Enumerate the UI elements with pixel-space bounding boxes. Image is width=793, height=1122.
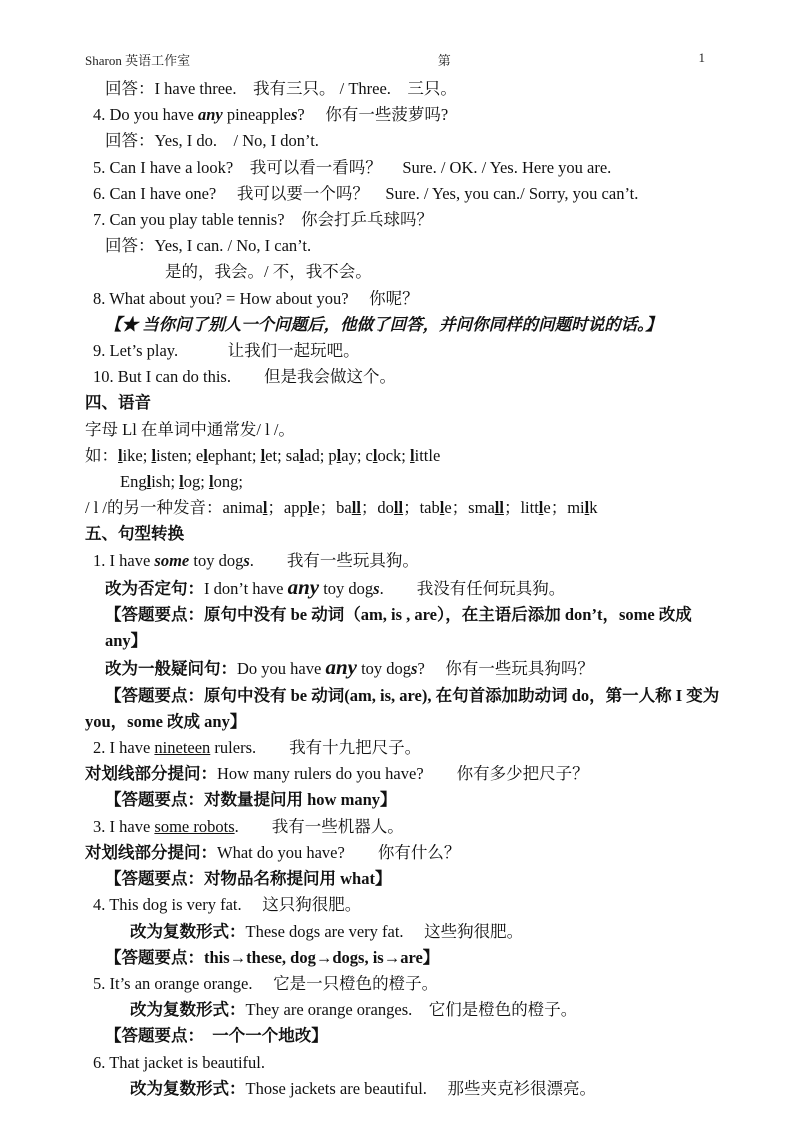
text-segment: ittle bbox=[415, 446, 441, 465]
document-line: 【答题要点：原句中没有 be 动词(am, is, are), 在句首添加助动词… bbox=[85, 683, 723, 709]
text-segment: 改为一般疑问句： bbox=[105, 659, 237, 678]
text-segment: ll bbox=[352, 498, 361, 517]
text-segment: ock; bbox=[377, 446, 410, 465]
text-segment: 改为否定句： bbox=[105, 579, 204, 598]
text-segment: some bbox=[154, 551, 189, 570]
text-segment: toy dog bbox=[189, 551, 243, 570]
text-segment: . 我有一些玩具狗。 bbox=[250, 551, 419, 570]
text-segment: They are orange oranges. 它们是橙色的橙子。 bbox=[246, 1000, 578, 1019]
text-segment: nineteen bbox=[154, 738, 210, 757]
text-segment: ay; c bbox=[341, 446, 373, 465]
text-segment: ；tab bbox=[403, 498, 440, 517]
text-segment: k bbox=[589, 498, 597, 517]
document-line: 【答题要点：原句中没有 be 动词（am, is , are），在主语后添加 d… bbox=[85, 602, 723, 654]
text-segment: 【★ 当你问了别人一个问题后，他做了回答，并问你同样的问题时说的话。】 bbox=[105, 315, 662, 334]
text-segment: 回答：I have three. 我有三只。 / Three. 三只。 bbox=[105, 79, 457, 98]
text-segment: These dogs are very fat. 这些狗很肥。 bbox=[246, 922, 524, 941]
text-segment: Eng bbox=[120, 472, 147, 491]
document-line: 2. I have nineteen rulers. 我有十九把尺子。 bbox=[85, 735, 723, 761]
text-segment: toy dog bbox=[319, 579, 373, 598]
document-line: 10. But I can do this. 但是我会做这个。 bbox=[85, 364, 723, 390]
document-line: 【答题要点：this→these, dog→dogs, is→are】 bbox=[85, 945, 723, 971]
text-segment: 【答题要点：对数量提问用 how many】 bbox=[105, 790, 397, 809]
text-segment: . 我有一些机器人。 bbox=[235, 817, 404, 836]
header-page-word: 第 bbox=[438, 50, 451, 69]
header-page-number: 1 bbox=[698, 50, 705, 69]
text-segment: e；ba bbox=[312, 498, 351, 517]
document-line: 4. This dog is very fat. 这只狗很肥。 bbox=[85, 892, 723, 918]
text-segment: 8. What about you? = How about you? 你呢？ bbox=[93, 289, 419, 308]
page-header: Sharon 英语工作室 第 1 bbox=[85, 50, 705, 69]
text-segment: 【答题要点：原句中没有 be 动词（am, is , are），在主语后添加 d… bbox=[105, 605, 696, 650]
text-segment: 2. I have bbox=[93, 738, 154, 757]
document-line: 回答：Yes, I can. / No, I can’t. bbox=[85, 233, 723, 259]
text-segment: 6. Can I have one? 我可以要一个吗？ Sure. / Yes,… bbox=[93, 184, 638, 203]
text-segment: ong; bbox=[214, 472, 243, 491]
text-segment: 5. Can I have a look? 我可以看一看吗？ Sure. / O… bbox=[93, 158, 611, 177]
document-line: 【★ 当你问了别人一个问题后，他做了回答，并问你同样的问题时说的话。】 bbox=[85, 312, 723, 338]
document-line: 改为否定句：I don’t have any toy dogs. 我没有任何玩具… bbox=[85, 574, 723, 602]
document-line: 改为一般疑问句：Do you have any toy dogs? 你有一些玩具… bbox=[85, 654, 723, 682]
text-segment: ephant; bbox=[208, 446, 261, 465]
document-line: you，some 改成 any】 bbox=[85, 709, 723, 735]
text-segment: ike; bbox=[123, 446, 152, 465]
text-segment: 7. Can you play table tennis? 你会打乒乓球吗？ bbox=[93, 210, 433, 229]
text-segment: some robots bbox=[154, 817, 234, 836]
text-segment: ；app bbox=[267, 498, 307, 517]
text-segment: ish; bbox=[151, 472, 179, 491]
document-line: 9. Let’s play. 让我们一起玩吧。 bbox=[85, 338, 723, 364]
text-segment: any bbox=[288, 575, 320, 599]
document-line: 改为复数形式：These dogs are very fat. 这些狗很肥。 bbox=[85, 919, 723, 945]
document-line: 对划线部分提问：What do you have? 你有什么？ bbox=[85, 840, 723, 866]
text-segment: 9. Let’s play. 让我们一起玩吧。 bbox=[93, 341, 360, 360]
text-segment: 对划线部分提问： bbox=[85, 764, 217, 783]
text-segment: How many rulers do you have? 你有多少把尺子？ bbox=[217, 764, 589, 783]
text-segment: toy dog bbox=[357, 659, 411, 678]
document-line: 5. Can I have a look? 我可以看一看吗？ Sure. / O… bbox=[85, 155, 723, 181]
text-segment: 四、语音 bbox=[85, 393, 151, 412]
text-segment: any bbox=[325, 655, 357, 679]
text-segment: e；sma bbox=[444, 498, 494, 517]
document-line: / l /的另一种发音：animal；apple；ball；doll；table… bbox=[85, 495, 723, 521]
document-line: 改为复数形式：They are orange oranges. 它们是橙色的橙子… bbox=[85, 997, 723, 1023]
text-segment: 改为复数形式： bbox=[130, 922, 246, 941]
text-segment: ? 你有一些玩具狗吗？ bbox=[417, 659, 593, 678]
document-line: 3. I have some robots. 我有一些机器人。 bbox=[85, 814, 723, 840]
document-page: Sharon 英语工作室 第 1 回答：I have three. 我有三只。 … bbox=[0, 0, 793, 1122]
document-line: 【答题要点：对物品名称提问用 what】 bbox=[85, 866, 723, 892]
text-segment: 【答题要点：this→these, dog→dogs, is→are】 bbox=[105, 948, 439, 967]
text-segment: 5. It’s an orange orange. 它是一只橙色的橙子。 bbox=[93, 974, 438, 993]
text-segment: pineapple bbox=[223, 105, 291, 124]
text-segment: 4. Do you have bbox=[93, 105, 198, 124]
text-segment: 回答：Yes, I can. / No, I can’t. bbox=[105, 236, 311, 255]
document-line: 【答题要点：对数量提问用 how many】 bbox=[85, 787, 723, 813]
text-segment: . 我没有任何玩具狗。 bbox=[380, 579, 566, 598]
text-segment: 五、句型转换 bbox=[85, 524, 184, 543]
header-studio-name: Sharon 英语工作室 bbox=[85, 50, 190, 69]
document-line: 对划线部分提问：How many rulers do you have? 你有多… bbox=[85, 761, 723, 787]
text-segment: 对划线部分提问： bbox=[85, 843, 217, 862]
text-segment: 如： bbox=[85, 446, 118, 465]
document-line: 6. That jacket is beautiful. bbox=[85, 1050, 723, 1076]
text-segment: ；do bbox=[361, 498, 394, 517]
text-segment: Do you have bbox=[237, 659, 325, 678]
text-segment: og; bbox=[184, 472, 209, 491]
document-line: 【答题要点： 一个一个地改】 bbox=[85, 1023, 723, 1049]
document-line: 四、语音 bbox=[85, 390, 723, 416]
text-segment: 【答题要点： 一个一个地改】 bbox=[105, 1026, 328, 1045]
document-body: 回答：I have three. 我有三只。 / Three. 三只。4. Do… bbox=[85, 76, 723, 1102]
text-segment: 1. I have bbox=[93, 551, 154, 570]
text-segment: 字母 Ll 在单词中通常发/ l /。 bbox=[85, 420, 295, 439]
text-segment: ；litt bbox=[504, 498, 539, 517]
document-line: 回答：I have three. 我有三只。 / Three. 三只。 bbox=[85, 76, 723, 102]
document-line: 4. Do you have any pineapples? 你有一些菠萝吗? bbox=[85, 102, 723, 128]
text-segment: ? 你有一些菠萝吗? bbox=[297, 105, 448, 124]
text-segment: 回答：Yes, I do. / No, I don’t. bbox=[105, 131, 319, 150]
document-line: 改为复数形式：Those jackets are beautiful. 那些夹克… bbox=[85, 1076, 723, 1102]
text-segment: 改为复数形式： bbox=[130, 1079, 246, 1098]
text-segment: ll bbox=[495, 498, 504, 517]
text-segment: 10. But I can do this. 但是我会做这个。 bbox=[93, 367, 396, 386]
text-segment: 是的，我会。/ 不，我不会。 bbox=[165, 262, 372, 281]
text-segment: I don’t have bbox=[204, 579, 288, 598]
text-segment: 改为复数形式： bbox=[130, 1000, 246, 1019]
text-segment: What do you have? 你有什么？ bbox=[217, 843, 460, 862]
text-segment: 【答题要点：对物品名称提问用 what】 bbox=[105, 869, 391, 888]
text-segment: ll bbox=[394, 498, 403, 517]
document-line: 7. Can you play table tennis? 你会打乒乓球吗？ bbox=[85, 207, 723, 233]
document-line: 1. I have some toy dogs. 我有一些玩具狗。 bbox=[85, 548, 723, 574]
document-line: 五、句型转换 bbox=[85, 521, 723, 547]
document-line: 6. Can I have one? 我可以要一个吗？ Sure. / Yes,… bbox=[85, 181, 723, 207]
document-line: 是的，我会。/ 不，我不会。 bbox=[85, 259, 723, 285]
document-line: English; log; long; bbox=[85, 469, 723, 495]
document-line: 8. What about you? = How about you? 你呢？ bbox=[85, 286, 723, 312]
text-segment: isten; e bbox=[156, 446, 203, 465]
text-segment: / l /的另一种发音：anima bbox=[85, 498, 263, 517]
text-segment: 6. That jacket is beautiful. bbox=[93, 1053, 265, 1072]
document-line: 如：like; listen; elephant; let; salad; pl… bbox=[85, 443, 723, 469]
text-segment: ad; p bbox=[304, 446, 337, 465]
text-segment: you，some 改成 any】 bbox=[85, 712, 246, 731]
text-segment: 【答题要点：原句中没有 be 动词(am, is, are), 在句首添加助动词… bbox=[105, 686, 719, 705]
text-segment: 3. I have bbox=[93, 817, 154, 836]
text-segment: rulers. 我有十九把尺子。 bbox=[210, 738, 421, 757]
text-segment: 4. This dog is very fat. 这只狗很肥。 bbox=[93, 895, 361, 914]
text-segment: Those jackets are beautiful. 那些夹克衫很漂亮。 bbox=[246, 1079, 597, 1098]
text-segment: e；mi bbox=[543, 498, 584, 517]
text-segment: any bbox=[198, 105, 223, 124]
document-line: 5. It’s an orange orange. 它是一只橙色的橙子。 bbox=[85, 971, 723, 997]
document-line: 回答：Yes, I do. / No, I don’t. bbox=[85, 128, 723, 154]
document-line: 字母 Ll 在单词中通常发/ l /。 bbox=[85, 417, 723, 443]
text-segment: et; sa bbox=[265, 446, 299, 465]
